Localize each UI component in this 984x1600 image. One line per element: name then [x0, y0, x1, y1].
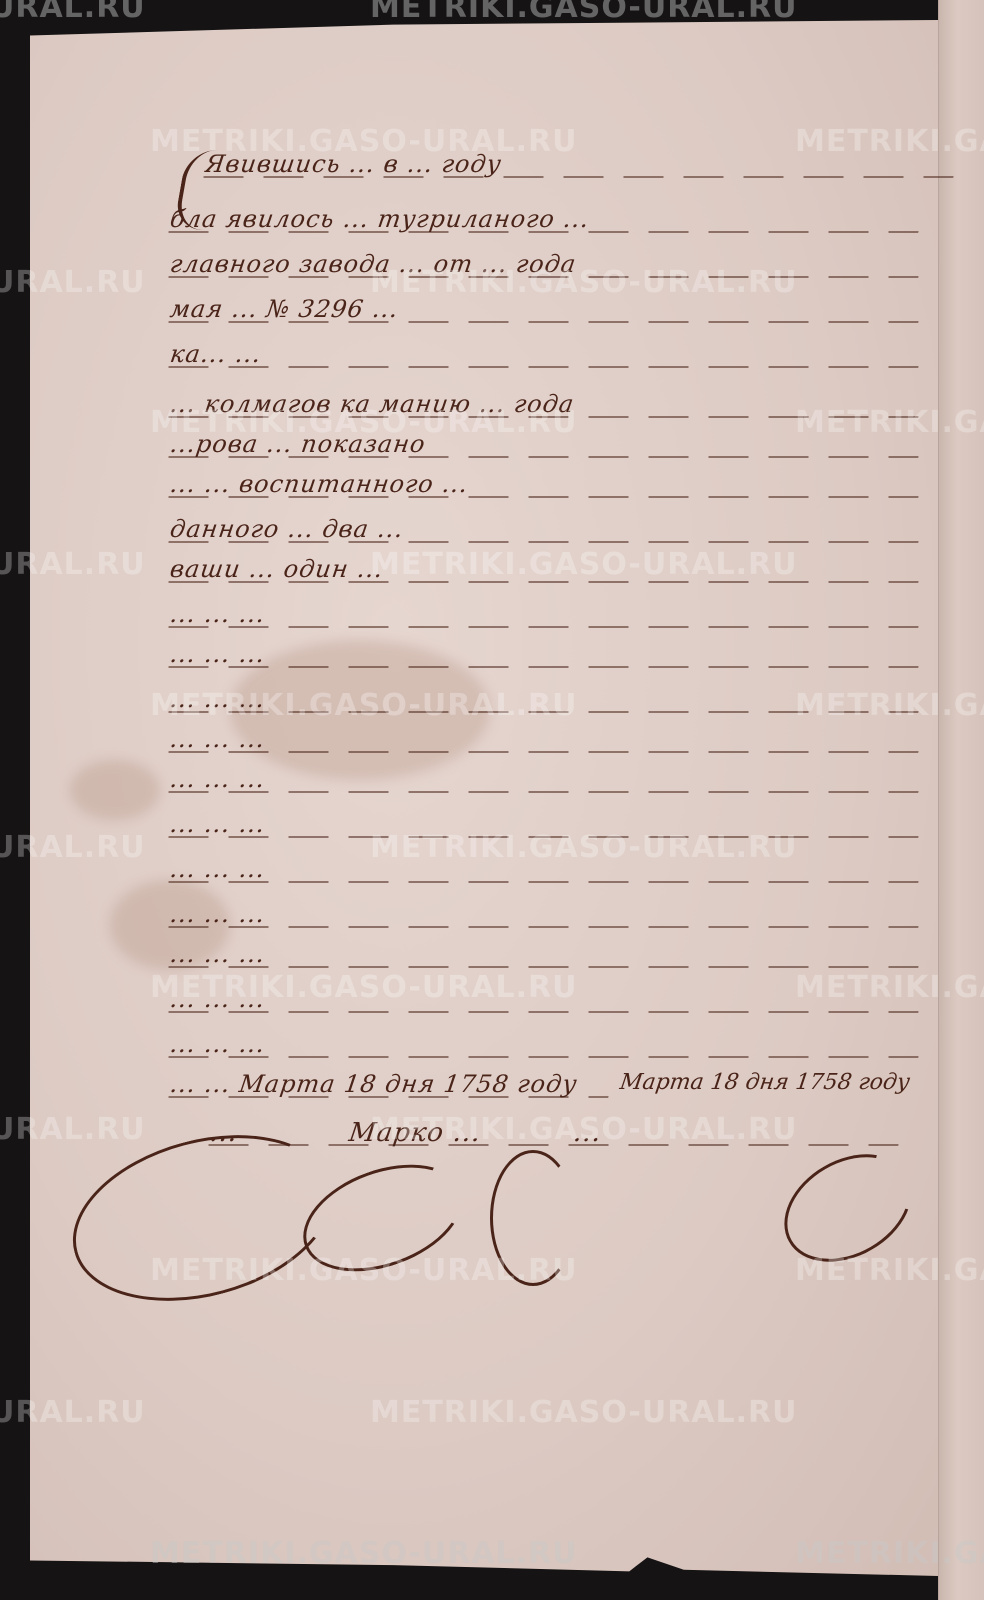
- watermark: URAL.RU: [0, 265, 146, 300]
- watermark: METRIKI.GASO-URAL.RU: [795, 1536, 984, 1571]
- text-line: ... ... ...: [168, 940, 922, 972]
- ink-stain: [70, 760, 160, 820]
- record-date: Марта 18 дня 1758 году: [618, 1070, 911, 1095]
- watermark: METRIKI.GASO-URAL.RU: [795, 1253, 984, 1288]
- watermark: METRIKI.GASO-URAL.RU: [150, 1536, 578, 1571]
- next-page-edge: [938, 0, 984, 1600]
- watermark: METRIKI.GASO-URAL.RU: [795, 405, 984, 440]
- watermark: METRIKI.GASO-URAL.RU: [370, 0, 798, 25]
- text-line: ... ... Марта 18 дня 1758 году: [168, 1070, 612, 1102]
- text-line: ... ... ...: [168, 1030, 922, 1062]
- text-line: ... ... ...: [168, 765, 922, 797]
- watermark: METRIKI.GASO-URAL.RU: [370, 265, 798, 300]
- watermark: METRIKI.GASO-URAL.RU: [150, 405, 578, 440]
- watermark: METRIKI.GASO-URAL.RU: [795, 970, 984, 1005]
- watermark: METRIKI.GASO-URAL.RU: [370, 830, 798, 865]
- watermark: METRIKI.GASO-URAL.RU: [150, 970, 578, 1005]
- watermark: METRIKI.GASO-URAL.RU: [150, 1253, 578, 1288]
- watermark: URAL.RU: [0, 547, 146, 582]
- text-line: ... ... воспитанного ...: [168, 470, 922, 502]
- text-line: ка... ...: [168, 340, 922, 372]
- watermark: URAL.RU: [0, 830, 146, 865]
- watermark: METRIKI.GASO-URAL.RU: [795, 688, 984, 723]
- text-line: ... ... ...: [168, 600, 922, 632]
- text-line: ... ... ...: [168, 900, 922, 932]
- watermark: METRIKI.GASO-URAL.RU: [370, 1395, 798, 1430]
- watermark: URAL.RU: [0, 1112, 146, 1147]
- watermark: METRIKI.GASO-URAL.RU: [150, 688, 578, 723]
- watermark: URAL.RU: [0, 0, 146, 25]
- watermark: METRIKI.GASO-URAL.RU: [150, 124, 578, 159]
- text-line: данного ... два ...: [168, 515, 922, 547]
- text-line: бла явилось ... тугриланого ...: [168, 205, 922, 237]
- watermark: URAL.RU: [0, 1395, 146, 1430]
- watermark: METRIKI.GASO-URAL.RU: [370, 547, 798, 582]
- watermark: METRIKI.GASO-URAL.RU: [795, 124, 984, 159]
- watermark: METRIKI.GASO-URAL.RU: [370, 1112, 798, 1147]
- text-line: ... ... ...: [168, 640, 922, 672]
- text-line: ... ... ...: [168, 725, 922, 757]
